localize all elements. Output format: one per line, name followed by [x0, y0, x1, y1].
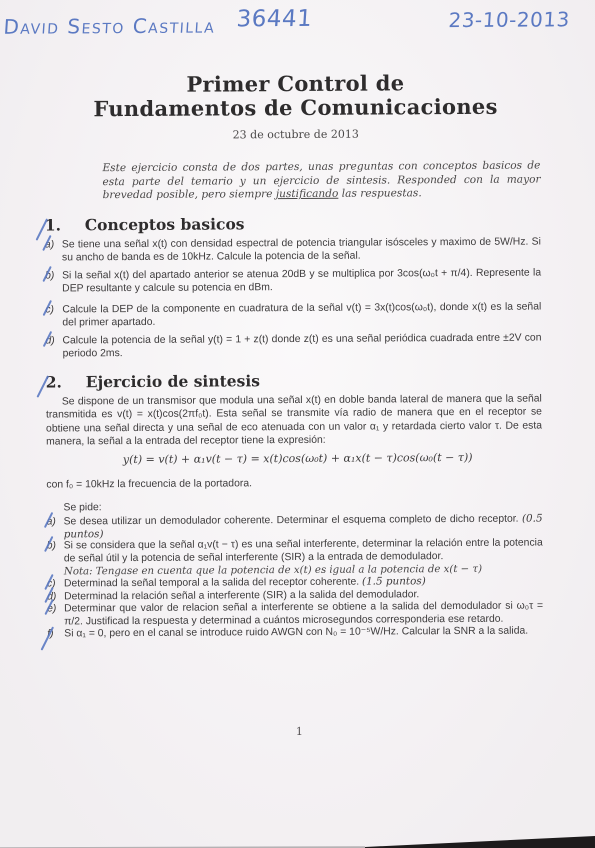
intro-underlined-word: justificando: [276, 188, 339, 200]
item-label: e): [47, 602, 62, 615]
section1-title: Conceptos basicos: [85, 214, 245, 234]
section2-number: 2.: [46, 372, 86, 391]
item-label: a): [47, 515, 62, 528]
question-1c: c) Calcule la DEP de la componente en cu…: [45, 301, 541, 330]
intro-paragraph: Este ejercicio consta de dos partes, una…: [102, 160, 540, 203]
question-1a: a) Se tiene una señal x(t) con densidad …: [45, 236, 541, 265]
section2-heading: 2.Ejercicio de sintesis: [46, 371, 260, 391]
item-text: Calcule la potencia de la señal y(t) = 1…: [62, 332, 541, 361]
se-pide-label: Se pide:: [63, 502, 101, 513]
question-1b: b) Si la señal x(t) del apartado anterio…: [45, 267, 541, 296]
scanned-exam-page: David Sesto Castilla 36441 23-10-2013 Pr…: [0, 0, 595, 848]
section1-number: 1.: [45, 215, 85, 234]
printed-content: David Sesto Castilla 36441 23-10-2013 Pr…: [0, 0, 595, 848]
exam-title-line2: Fundamentos de Comunicaciones: [0, 93, 593, 122]
question-2b: b) Si se considera que la señal α₁v(t − …: [47, 537, 543, 579]
item-label: c): [45, 303, 60, 316]
page-number: 1: [2, 723, 595, 740]
question-1d: d) Calcule la potencia de la señal y(t) …: [45, 332, 541, 361]
item-label: b): [45, 269, 60, 282]
section2-paragraph: Se dispone de un transmisor que modula u…: [46, 393, 542, 450]
handwritten-date: 23-10-2013: [448, 7, 571, 32]
item-text: Si la señal x(t) del apartado anterior s…: [62, 267, 541, 296]
section1-heading: 1.Conceptos basicos: [45, 214, 245, 234]
scan-bottom-edge: [0, 828, 595, 848]
points-note: (1.5 puntos): [362, 575, 426, 587]
item-label: b): [47, 539, 62, 552]
question-2f: f) Si α₁ = 0, pero en el canal se introd…: [47, 625, 543, 641]
item-text: Se tiene una señal x(t) con densidad esp…: [62, 236, 541, 265]
section2-title: Ejercicio de sintesis: [86, 371, 260, 391]
carrier-frequency-note: con f₀ = 10kHz la frecuencia de la porta…: [46, 478, 252, 490]
item-label: d): [45, 334, 60, 347]
handwritten-student-name: David Sesto Castilla: [3, 13, 216, 38]
item-text: Si α₁ = 0, pero en el canal se introduce…: [64, 625, 543, 641]
item-label: f): [47, 627, 62, 640]
item-label: a): [45, 238, 60, 251]
item-text: Si se considera que la señal α₁v(t − τ) …: [64, 537, 543, 566]
item-label: c): [47, 577, 62, 590]
exam-date: 23 de octubre de 2013: [0, 126, 593, 143]
receiver-input-equation: y(t) = v(t) + α₁v(t − τ) = x(t)cos(ω₀t) …: [0, 450, 595, 467]
intro-post: las respuestas.: [338, 187, 421, 200]
item-text: Calcule la DEP de la componente en cuadr…: [62, 301, 541, 330]
handwritten-student-number: 36441: [236, 6, 313, 32]
